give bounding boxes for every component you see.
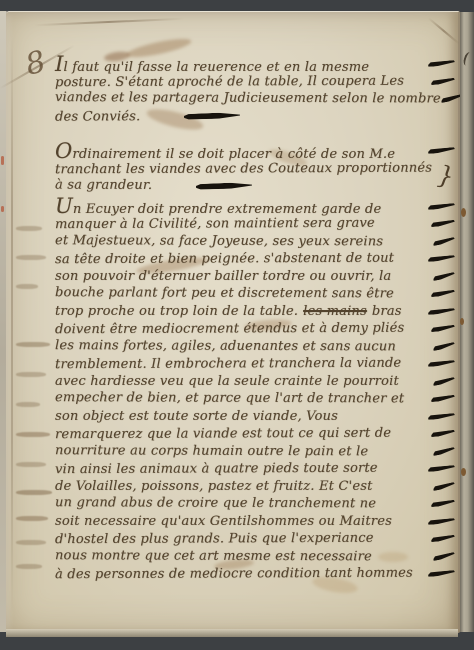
opening-flourish-mark: 8	[22, 44, 49, 83]
line-end-dash-icon	[431, 395, 455, 402]
line-text: sa tête droite et bien peignée. s'absten…	[55, 251, 394, 267]
top-crease	[34, 18, 184, 26]
line-text: et Majestueux, sa face Joyeuse, ses yeux…	[55, 233, 383, 249]
line-text: d'hostel des plus grands. Puis que l'exp…	[55, 531, 374, 547]
line-text: nourriture au corps humain outre le pain…	[55, 443, 368, 459]
paragraph-3: Un Ecuyer doit prendre extremement garde…	[55, 198, 455, 583]
margin-offset-mark	[16, 462, 46, 467]
manuscript-line: et Majestueux, sa face Joyeuse, ses yeux…	[55, 233, 455, 251]
margin-offset-mark	[16, 564, 42, 569]
manuscript-line: bouche parlant fort peu et discretement …	[55, 285, 455, 303]
manuscript-photo: 8 Il faut qu'il fasse la reuerence et en…	[0, 0, 474, 650]
manuscript-line: soit necessaire qu'aux Gentilshommes ou …	[55, 513, 455, 531]
red-speck	[1, 206, 4, 212]
line-end-dash-icon	[431, 78, 455, 85]
manuscript-line: avec hardiesse veu que la seule crainte …	[55, 373, 455, 391]
line-text: à sa grandeur.	[55, 178, 152, 193]
manuscript-line: Ordinairement il se doit placer à côté d…	[55, 142, 455, 160]
manuscript-line: nourriture au corps humain outre le pain…	[55, 443, 455, 461]
line-text-after-correction: bras	[372, 304, 402, 319]
margin-offset-mark	[16, 490, 52, 495]
manuscript-line: les mains fortes, agiles, aduenantes et …	[55, 338, 455, 356]
margin-offset-mark	[16, 432, 50, 437]
line-end-dash-icon	[433, 482, 456, 491]
line-text: bouche parlant fort peu et discretement …	[55, 285, 394, 301]
gutter-stain-dot	[460, 318, 464, 325]
line-text: nous montre que cet art mesme est necess…	[55, 548, 372, 564]
line-text: tremblement. Il embrochera et tranchera …	[55, 356, 401, 373]
manuscript-line: des Conviés.	[55, 108, 455, 126]
line-end-dash-icon	[428, 570, 455, 577]
line-text: avec hardiesse veu que la seule crainte …	[55, 374, 399, 389]
manuscript-line: doivent être mediocrement étendus et à d…	[55, 320, 455, 338]
line-end-dash-icon	[433, 342, 456, 351]
line-text: son pouvoir d'éternuer bailler tordre ou…	[55, 269, 391, 284]
margin-offset-mark	[16, 402, 40, 407]
line-end-dash-icon	[428, 413, 455, 420]
manuscript-line: de Volailles, poissons, pastez et fruitz…	[55, 478, 455, 496]
page-bottom-edge	[6, 629, 458, 637]
gutter-stain-dot	[461, 208, 466, 217]
line-text: Un Ecuyer doit prendre extremement garde…	[55, 194, 381, 218]
manuscript-line: Un Ecuyer doit prendre extremement garde…	[55, 198, 455, 216]
line-end-dash-icon	[428, 60, 455, 67]
manuscript-line-with-correction: trop proche ou trop loin de la table.les…	[55, 303, 455, 321]
manuscript-line: vin ainsi les animaux à quatre pieds tou…	[55, 460, 455, 478]
manuscript-line: manquer à la Civilité, son maintient ser…	[55, 215, 455, 233]
line-end-dash-icon	[428, 360, 455, 367]
manuscript-line: empecher de bien, et parce que l'art de …	[55, 390, 455, 408]
paragraph-2: Ordinairement il se doit placer à côté d…	[55, 142, 455, 195]
line-end-dash-icon	[433, 237, 456, 246]
manuscript-line: à des personnes de mediocre condition ta…	[55, 565, 455, 583]
line-end-dash-icon	[431, 535, 455, 542]
margin-offset-mark	[16, 255, 46, 260]
line-text: Il faut qu'il fasse la reuerence et en l…	[55, 52, 369, 76]
line-end-dash-icon	[428, 147, 455, 154]
manuscript-line: viandes et les partagera Judicieusement …	[55, 90, 455, 108]
margin-offset-mark	[16, 342, 50, 347]
line-end-dash-icon	[428, 518, 455, 525]
line-text-before-correction: trop proche ou trop loin de la table.	[55, 304, 298, 319]
margin-offset-mark	[16, 226, 42, 231]
line-end-dash-icon	[428, 203, 455, 210]
line-text: tranchant les viandes avec des Couteaux …	[55, 160, 432, 177]
manuscript-line: sa tête droite et bien peignée. s'absten…	[55, 250, 455, 268]
margin-offset-mark	[16, 540, 46, 545]
line-text: soit necessaire qu'aux Gentilshommes ou …	[55, 514, 392, 529]
manuscript-line: son pouvoir d'éternuer bailler tordre ou…	[55, 268, 455, 286]
paragraph-1: Il faut qu'il fasse la reuerence et en l…	[55, 55, 455, 125]
line-text: remarquerez que la viande est tout ce qu…	[55, 426, 391, 442]
inline-dash-icon	[184, 112, 240, 120]
line-text: à des personnes de mediocre condition ta…	[55, 566, 413, 583]
line-end-dash-icon	[428, 465, 455, 472]
line-end-dash-icon	[431, 500, 455, 507]
manuscript-line: tremblement. Il embrochera et tranchera …	[55, 355, 455, 373]
line-end-dash-icon	[433, 552, 456, 561]
line-end-dash-icon	[433, 272, 456, 281]
line-end-dash-icon	[431, 220, 455, 227]
line-end-dash-icon	[431, 430, 455, 437]
line-end-dash-icon	[431, 325, 455, 332]
line-text: les mains fortes, agiles, aduenantes et …	[55, 338, 396, 354]
handwritten-text-block: Il faut qu'il fasse la reuerence et en l…	[55, 55, 455, 583]
struck-out-words: les mains	[303, 304, 367, 319]
line-text: Ordinairement il se doit placer à côté d…	[55, 139, 395, 163]
margin-offset-mark	[16, 284, 38, 289]
manuscript-line: à sa grandeur.	[55, 177, 455, 195]
line-text: des Conviés.	[55, 109, 140, 124]
margin-offset-mark	[16, 372, 46, 377]
line-end-dash-icon	[431, 290, 455, 297]
manuscript-line: nous montre que cet art mesme est necess…	[55, 548, 455, 566]
margin-offset-mark	[16, 516, 48, 521]
line-text: un grand abus de croire que le trancheme…	[55, 495, 376, 511]
line-end-dash-icon	[433, 377, 456, 386]
line-text: son object est toute sorte de viande, Vo…	[55, 409, 338, 424]
line-end-dash-icon	[428, 308, 455, 315]
manuscript-line: Il faut qu'il fasse la reuerence et en l…	[55, 55, 455, 73]
manuscript-line: tranchant les viandes avec des Couteaux …	[55, 160, 455, 178]
line-text: doivent être mediocrement étendus et à d…	[55, 321, 404, 338]
corner-crease	[428, 17, 460, 44]
line-text: vin ainsi les animaux à quatre pieds tou…	[55, 461, 378, 477]
manuscript-line: un grand abus de croire que le trancheme…	[55, 495, 455, 513]
manuscript-line: son object est toute sorte de viande, Vo…	[55, 408, 455, 426]
line-text: posture. S'étant aproché de la table, Il…	[55, 73, 404, 90]
line-text: empecher de bien, et parce que l'art de …	[55, 390, 404, 406]
manuscript-line: d'hostel des plus grands. Puis que l'exp…	[55, 530, 455, 548]
line-text: viandes et les partagera Judicieusement …	[55, 90, 441, 106]
line-text: manquer à la Civilité, son maintient ser…	[55, 216, 375, 232]
line-end-dash-icon	[433, 447, 456, 456]
red-speck	[1, 156, 4, 165]
manuscript-page: 8 Il faut qu'il fasse la reuerence et en…	[6, 11, 460, 633]
line-text: trop proche ou trop loin de la table.les…	[55, 304, 402, 319]
line-end-dash-icon	[428, 255, 455, 262]
line-text: de Volailles, poissons, pastez et fruitz…	[55, 479, 373, 494]
manuscript-line: posture. S'étant aproché de la table, Il…	[55, 73, 455, 91]
manuscript-line: remarquerez que la viande est tout ce qu…	[55, 425, 455, 443]
inline-dash-icon	[196, 182, 252, 190]
gutter-stain-dot	[461, 468, 466, 476]
fold-line	[11, 34, 13, 614]
